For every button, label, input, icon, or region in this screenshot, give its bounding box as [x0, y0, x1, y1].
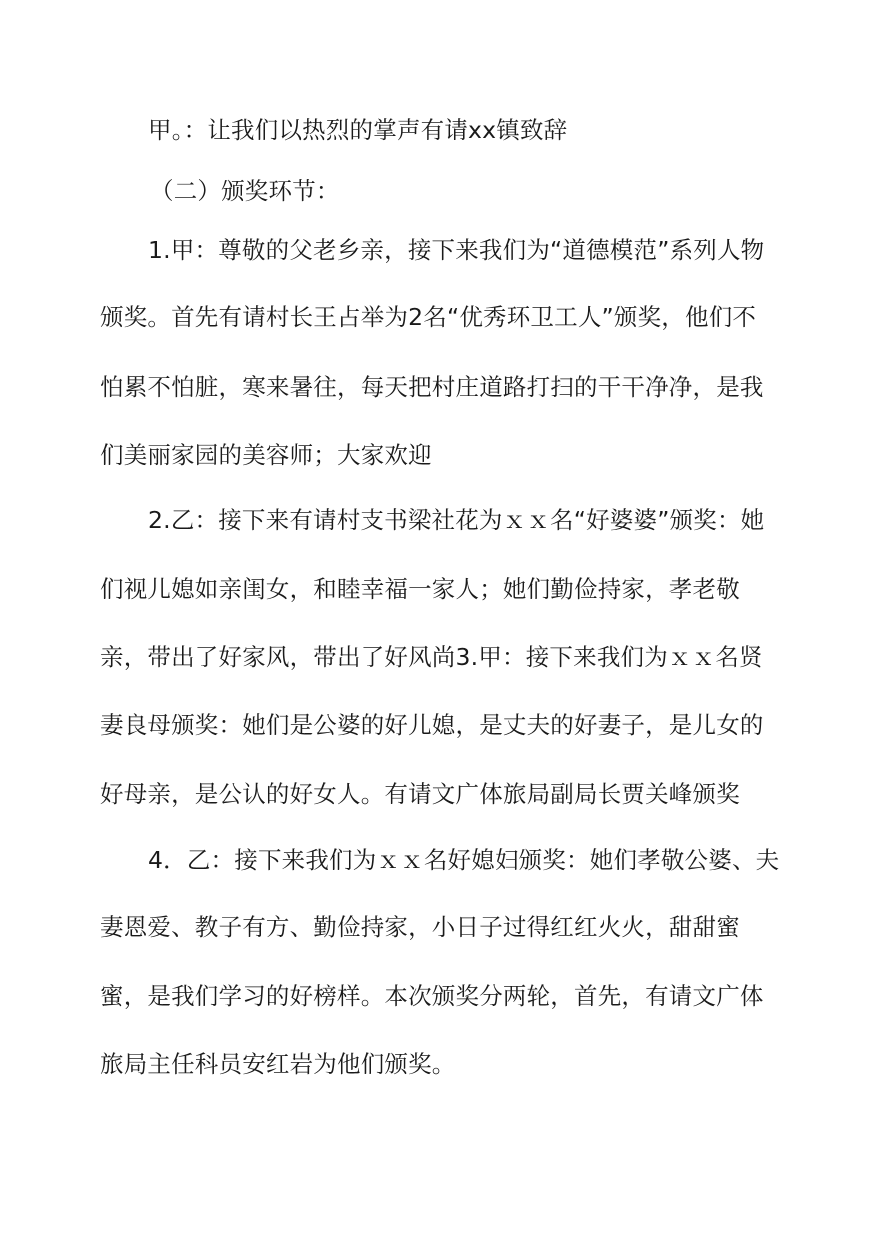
section-heading-award: （二）颁奖环节：: [150, 176, 340, 206]
paragraph-2-line-3: 亲，带出了好家风，带出了好风尚3.甲：接下来我们为ｘｘ名贤: [100, 642, 763, 672]
paragraph-2-line-5: 好母亲，是公认的好女人。有请文广体旅局副局长贾关峰颁奖: [100, 779, 740, 809]
paragraph-2-line-2: 们视儿媳如亲闺女，和睦幸福一家人；她们勤俭持家，孝老敬: [100, 574, 740, 604]
text-line-closing-speech: 甲。：让我们以热烈的掌声有请xx镇致辞: [148, 115, 567, 145]
paragraph-2-line-4: 妻良母颁奖：她们是公婆的好儿媳，是丈夫的好妻子，是儿女的: [100, 710, 764, 740]
paragraph-1-line-1: 1.甲：尊敬的父老乡亲，接下来我们为“道德模范”系列人物: [148, 235, 764, 265]
paragraph-4-line-4: 旅局主任科员安红岩为他们颁奖。: [100, 1049, 456, 1079]
paragraph-2-line-1: 2.乙：接下来有请村支书梁社花为ｘｘ名“好婆婆”颁奖：她: [148, 505, 764, 535]
paragraph-4-line-1: 4．乙：接下来我们为ｘｘ名好媳妇颁奖：她们孝敬公婆、夫: [148, 845, 779, 875]
paragraph-1-line-3: 怕累不怕脏，寒来暑往，每天把村庄道路打扫的干干净净，是我: [100, 372, 764, 402]
paragraph-1-line-4: 们美丽家园的美容师；大家欢迎: [100, 440, 432, 470]
paragraph-4-line-2: 妻恩爱、教子有方、勤俭持家，小日子过得红红火火，甜甜蜜: [100, 912, 740, 942]
paragraph-1-line-2: 颁奖。首先有请村长王占举为2名“优秀环卫工人”颁奖，他们不: [100, 302, 756, 332]
document-page: 甲。：让我们以热烈的掌声有请xx镇致辞 （二）颁奖环节： 1.甲：尊敬的父老乡亲…: [0, 0, 884, 1250]
paragraph-4-line-3: 蜜，是我们学习的好榜样。本次颁奖分两轮，首先，有请文广体: [100, 981, 764, 1011]
